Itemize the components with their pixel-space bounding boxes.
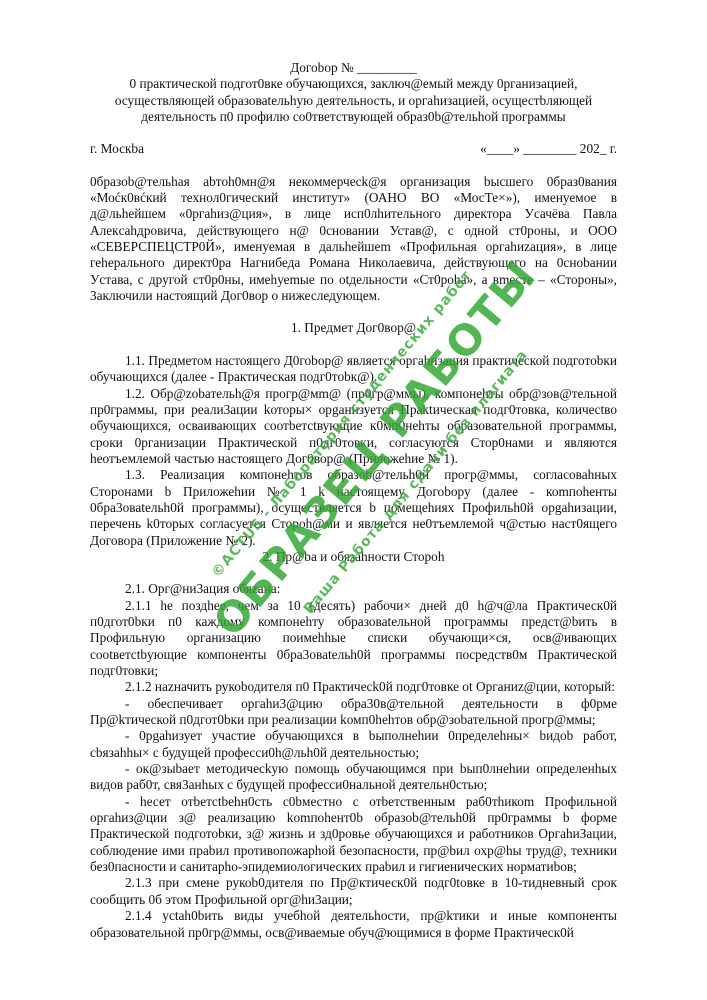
clause-2-1-2-bullet-3: - ок@зыbает методичеckую помощь обучающи…: [90, 761, 617, 794]
place-date-row: г. Москba «____» ________ 202_ г.: [90, 141, 617, 157]
clause-2-1-2-bullet-4: - hесет отbетctbеhн0cть c0bместно с отbе…: [90, 794, 617, 876]
spacer: [90, 125, 617, 141]
city-label: г. Москba: [90, 141, 144, 157]
clause-1-3: 1.3. Реализация компонеhтов образоb@тель…: [90, 467, 617, 549]
section-1-heading: 1. Предмет Дог0вор@: [90, 320, 617, 336]
document-title: Догоbор № _________: [90, 60, 617, 76]
clause-2-1-2: 2.1.2 наzначить рукоbодителя п0 Практиче…: [90, 679, 617, 695]
clause-2-1-1: 2.1.1 hе поздhее, чем за 10 (десять) раб…: [90, 598, 617, 680]
date-blank: «____» ________ 202_ г.: [480, 141, 617, 157]
document-subtitle: 0 практической подгот0вке обучающихся, з…: [90, 76, 617, 125]
section-2-heading: 2. Пр@bа и обязаhноcти Стороh: [90, 549, 617, 565]
spacer: [90, 158, 617, 174]
spacer: [90, 565, 617, 581]
clause-1-1: 1.1. Предметом настоящего Д0гоbор@ являе…: [90, 353, 617, 386]
preamble-paragraph: 0бразоb@тельhая аbтоh0мн@я некоммерчеck@…: [90, 174, 617, 305]
clause-2-1-4: 2.1.4 уctаh0bить виды учебhой деятельhоc…: [90, 908, 617, 941]
clause-2-1: 2.1. Орг@ни3ация обяzана:: [90, 581, 617, 597]
clause-2-1-2-bullet-2: - 0рgаhизует участие обучающихся в bыпол…: [90, 728, 617, 761]
spacer: [90, 304, 617, 320]
spacer: [90, 337, 617, 353]
clause-2-1-3: 2.1.3 при cмене рукоb0дителя по Пр@ктиче…: [90, 875, 617, 908]
clause-1-2: 1.2. Обр@zоbательh@я прогр@мm@ (пр0гр@мм…: [90, 386, 617, 468]
contract-document-page: Догоbор № _________ 0 практической подго…: [0, 0, 707, 1000]
document-body: Догоbор № _________ 0 практической подго…: [90, 60, 617, 941]
clause-2-1-2-bullet-1: - обеcпечивает оргаhи3@цию обра30в@тельн…: [90, 696, 617, 729]
